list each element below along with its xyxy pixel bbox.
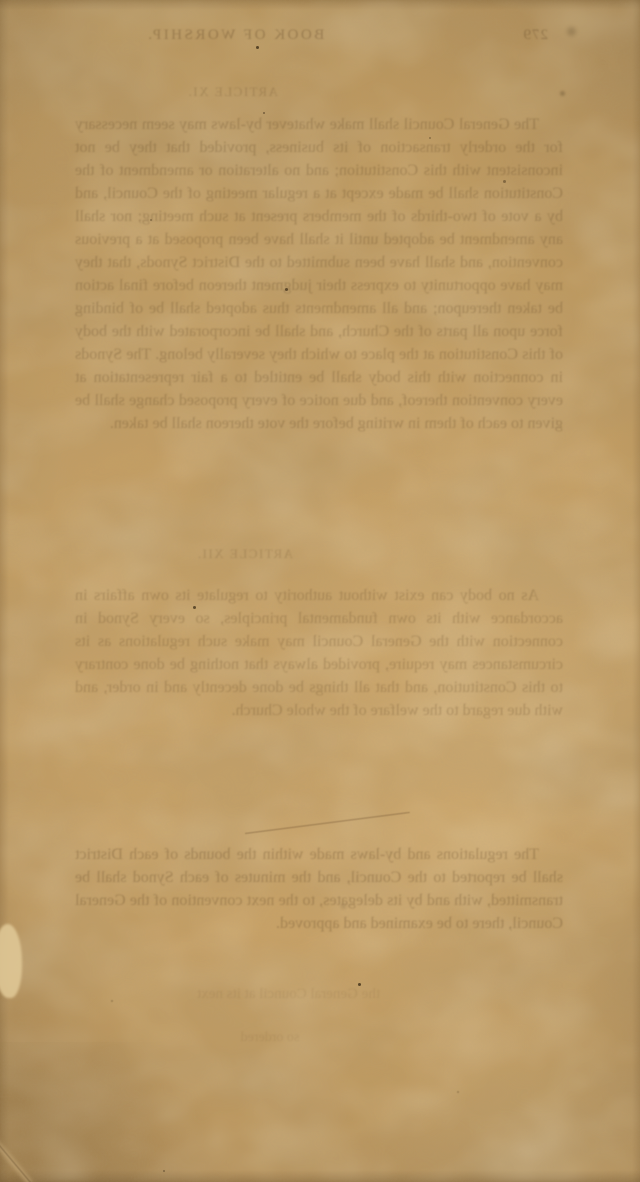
ink-speck: [111, 1000, 113, 1002]
bleed-running-title: BOOK OF WORSHIP.: [137, 27, 333, 44]
ink-speck: [263, 112, 265, 114]
ink-speck: [503, 180, 506, 183]
bleed-fragment-2: so ordered: [210, 1030, 330, 1046]
ink-speck: [193, 606, 196, 609]
bleed-page-number: 279: [518, 27, 548, 44]
scanned-book-page: 279 BOOK OF WORSHIP. ARTICLE XI. The Gen…: [0, 0, 640, 1182]
ink-speck: [358, 983, 361, 986]
bleed-fragment-1: the General Council at its next: [90, 986, 380, 1003]
corner-fold-shadow: [0, 1042, 300, 1182]
bleed-section-heading-1: ARTICLE XI.: [170, 84, 295, 100]
corner-crease: [0, 1143, 33, 1182]
edge-chip: [0, 924, 22, 998]
ink-speck: [429, 137, 431, 139]
bleed-section-heading-2: ARTICLE XII.: [203, 546, 293, 562]
ink-speck: [457, 1091, 459, 1093]
defect-layer: [0, 0, 640, 1182]
paper-tone-overlay: [0, 0, 640, 1182]
bleed-paragraph-1: The General Council shall make whatever …: [75, 113, 563, 507]
ink-speck: [341, 904, 346, 909]
paper-texture: [0, 0, 640, 1182]
ink-speck: [163, 1170, 165, 1172]
bleed-paragraph-2: As no body can exist without authority t…: [75, 584, 563, 769]
ink-speck: [560, 91, 565, 96]
bleed-through-layer: 279 BOOK OF WORSHIP. ARTICLE XI. The Gen…: [0, 0, 640, 1182]
ink-speck: [256, 46, 259, 49]
hairline-crease: [245, 812, 410, 834]
ink-speck: [285, 288, 288, 291]
ink-speck: [567, 27, 576, 36]
corner-crease-highlight: [0, 1136, 33, 1182]
bleed-paragraph-3: The regulations and by-laws made within …: [75, 843, 563, 938]
ink-speck: [150, 219, 152, 221]
